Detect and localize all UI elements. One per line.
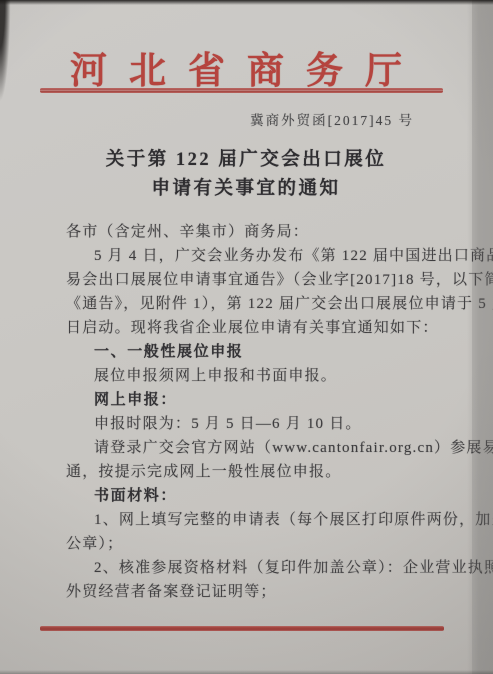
agency-name: 河北省商务厅 [0, 40, 472, 94]
paper-sheet: 河北省商务厅 冀商外贸函[2017]45 号 关于第 122 届广交会出口展位 … [0, 0, 472, 674]
body-line: 通，按提示完成网上一般性展位申报。 [66, 460, 446, 484]
body-line: 2、核准参展资格材料（复印件加盖公章）：企业营业执照、 [66, 556, 446, 580]
letterhead-rule [40, 88, 443, 93]
section-heading: 一、一般性展位申报 [66, 340, 446, 364]
body-line: 日启动。现将我省企业展位申请有关事宜通知如下： [66, 316, 446, 340]
body-line: 易会出口展展位申请事宜通告》（会业字[2017]18 号，以下简称 [66, 268, 446, 292]
body-line: 申报时限为：5 月 5 日—6 月 10 日。 [66, 412, 446, 436]
document-body: 各市（含定州、辛集市）商务局： 5 月 4 日，广交会业务办发布《第 122 届… [66, 220, 446, 604]
body-line: 展位申报须网上申报和书面申报。 [66, 364, 446, 388]
body-line: 《通告》，见附件 1），第 122 届广交会出口展展位申请于 5 月 5 [66, 292, 446, 316]
body-line: 请登录广交会官方网站（www.cantonfair.org.cn）参展易捷 [66, 436, 446, 460]
document-title-line-2: 申请有关事宜的通知 [20, 175, 472, 204]
document-photo: 河北省商务厅 冀商外贸函[2017]45 号 关于第 122 届广交会出口展位 … [0, 0, 493, 674]
body-line: 1、网上填写完整的申请表（每个展区打印原件两份，加盖 [66, 508, 446, 532]
footer-rule [40, 626, 444, 631]
document-number: 冀商外贸函[2017]45 号 [250, 109, 414, 129]
subsection-heading: 书面材料： [66, 484, 446, 508]
document-title-line-1: 关于第 122 届广交会出口展位 [20, 146, 472, 175]
body-line: 各市（含定州、辛集市）商务局： [66, 220, 446, 244]
body-line: 外贸经营者备案登记证明等； [66, 580, 446, 604]
body-line: 公章）； [66, 532, 446, 556]
subsection-heading: 网上申报： [66, 388, 446, 412]
document-title: 关于第 122 届广交会出口展位 申请有关事宜的通知 [20, 146, 472, 204]
body-line: 5 月 4 日，广交会业务办发布《第 122 届中国进出口商品交 [66, 244, 446, 268]
